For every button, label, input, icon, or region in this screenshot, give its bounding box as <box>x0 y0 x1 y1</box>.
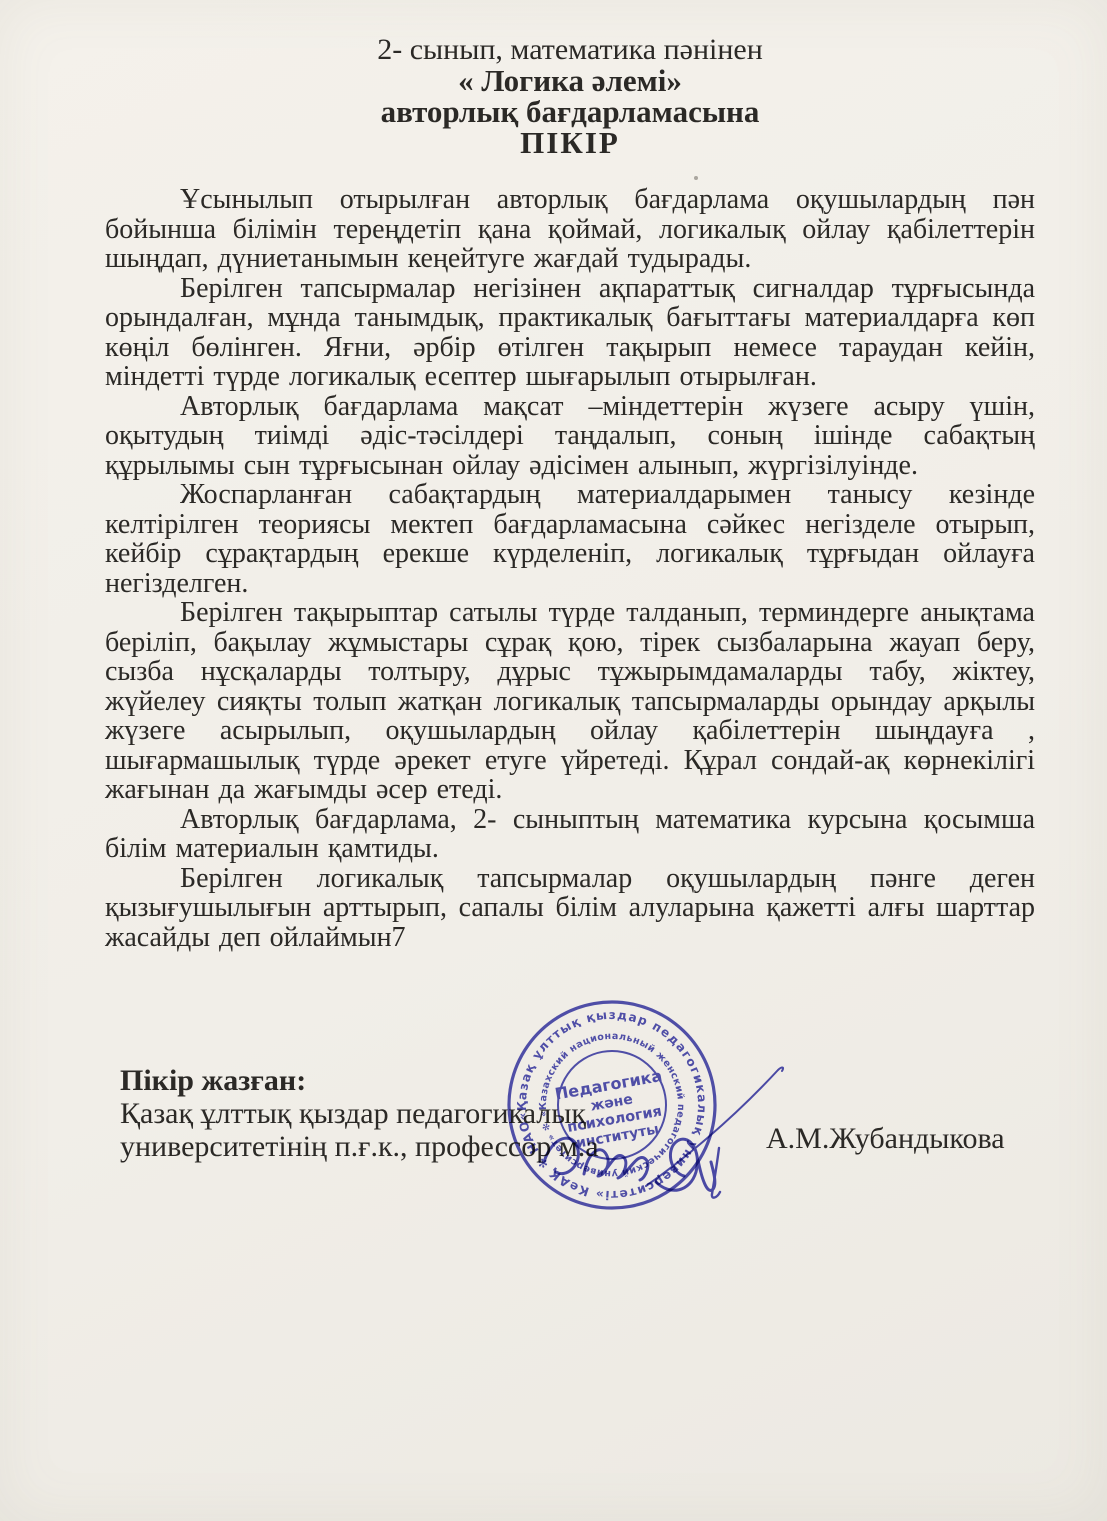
title-subject-line: 2- сынып, математика пәнінен <box>105 34 1035 65</box>
title-program-name: « Логика әлемі» <box>105 65 1035 96</box>
reviewer-name: А.М.Жубандыкова <box>766 1122 1005 1156</box>
document-body: Ұсынылып отырылған авторлық бағдарлама о… <box>105 185 1035 952</box>
signature-stroke <box>584 1150 648 1180</box>
body-paragraph: Авторлық бағдарлама мақсат –міндеттерін … <box>105 392 1035 481</box>
body-paragraph: Ұсынылып отырылған авторлық бағдарлама о… <box>105 185 1035 274</box>
signature <box>520 1040 800 1210</box>
title-program-type: авторлық бағдарламасына <box>105 96 1035 127</box>
body-paragraph: Авторлық бағдарлама, 2- сыныптың математ… <box>105 805 1035 864</box>
body-paragraph: Жоспарланған сабақтардың материалдарымен… <box>105 480 1035 598</box>
body-paragraph: Берілген логикалық тапсырмалар оқушылард… <box>105 864 1035 953</box>
signature-stroke <box>646 1068 783 1187</box>
signature-stroke <box>544 1138 578 1173</box>
document-title: 2- сынып, математика пәнінен « Логика әл… <box>105 34 1035 158</box>
scan-speck <box>694 176 698 180</box>
body-paragraph: Берілген тақырыптар сатылы түрде талданы… <box>105 598 1035 805</box>
signature-stroke <box>656 1139 697 1190</box>
document-page: 2- сынып, математика пәнінен « Логика әл… <box>0 0 1107 1521</box>
body-paragraph: Берілген тапсырмалар негізінен ақпаратты… <box>105 274 1035 392</box>
title-review-word: ПІКІР <box>105 127 1035 158</box>
